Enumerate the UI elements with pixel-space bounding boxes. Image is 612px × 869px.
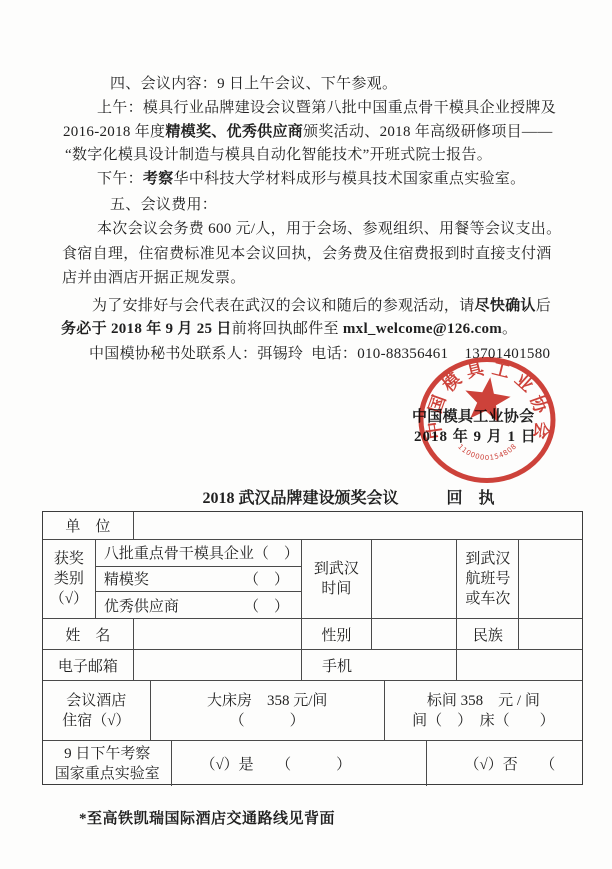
body-line-confirm: 为了安排好与会代表在武汉的会议和随后的参观活动，请尽快确认后 <box>92 297 551 315</box>
row-hotel: 会议酒店 住宿（√） 大床房 358 元/间 （ ） 标间 358 元 / 间 … <box>43 681 582 741</box>
text-run: 。 <box>502 321 517 337</box>
award-item-label: 优秀供应商 <box>104 595 179 616</box>
arrival-time-label: 到武汉 时间 <box>302 540 372 618</box>
seal-number: 1100000154808 <box>456 443 518 462</box>
award-item-supplier: 优秀供应商（ ） <box>96 592 301 618</box>
award-items-cell: 八批重点骨干模具企业（ ） 精模奖（ ） 优秀供应商（ ） <box>96 540 302 618</box>
ethnic-label: 民族 <box>457 619 519 649</box>
reply-form-title-left: 2018 武汉品牌建设颁奖会议 <box>202 490 398 507</box>
award-item-checkbox: （ ） <box>254 542 299 563</box>
footnote: *至高铁凯瑞国际酒店交通路线见背面 <box>79 807 335 828</box>
award-item-checkbox: （ ） <box>244 568 289 589</box>
body-line-digital: “数字化模具设计制造与模具自动化智能技术”开班式院士报告。 <box>65 146 492 164</box>
hotel-twin-checkbox: 间（ ） 床（ ） <box>412 711 555 731</box>
official-seal: 中国模具工业协会 1100000154808 <box>413 354 561 490</box>
body-line-morning: 上午：模具行业品牌建设会议暨第八批中国重点骨干模具企业授牌及 <box>97 99 556 117</box>
text-run: 前将回执邮件至 <box>232 321 343 337</box>
flight-label-line: 或车次 <box>465 589 510 609</box>
scanned-document-page: 四、会议内容：9 日上午会议、下午参观。 上午：模具行业品牌建设会议暨第八批中国… <box>0 0 612 869</box>
unit-label: 单 位 <box>43 512 134 539</box>
svg-text:1100000154808: 1100000154808 <box>456 443 518 462</box>
text-run: 后 <box>536 298 551 314</box>
text-run-bold: 务必于 2018 年 9 月 25 日 <box>61 321 232 337</box>
email-input-cell <box>134 650 302 680</box>
hotel-twin-cell: 标间 358 元 / 间 间（ ） 床（ ） <box>385 681 582 740</box>
body-line-fee-1: 本次会议会务费 600 元/人，用于会场、参观组织、用餐等会议支出。 <box>97 220 561 238</box>
seal-star-icon <box>465 377 510 422</box>
visit-yes-cell: （√）是 （ ） <box>172 741 426 786</box>
body-line-meeting-content: 四、会议内容：9 日上午会议、下午参观。 <box>110 75 397 93</box>
text-run: 食宿自理，住宿费标准见本会议回执，会务费及住宿费报到时直接支付酒 <box>62 246 552 262</box>
award-label-line: （√） <box>50 589 88 609</box>
body-line-fee-heading: 五、会议费用： <box>110 196 217 214</box>
hotel-twin-price: 标间 358 元 / 间 <box>427 691 540 711</box>
hotel-label-line: 住宿（√） <box>62 711 130 731</box>
visit-label: 9 日下午考察 国家重点实验室 <box>43 741 172 786</box>
award-label-line: 类别 <box>54 569 84 589</box>
award-item-label: 八批重点骨干模具企业 <box>104 542 254 563</box>
visit-label-line: 国家重点实验室 <box>55 764 160 784</box>
award-label-line: 获奖 <box>54 549 84 569</box>
text-run-bold: 精模奖、优秀供应商 <box>165 124 303 140</box>
gender-input-cell <box>372 619 458 649</box>
row-name: 姓 名 性别 民族 <box>43 619 582 650</box>
body-line-deadline: 务必于 2018 年 9 月 25 日前将回执邮件至 mxl_welcome@1… <box>61 320 517 338</box>
text-run-bold: 考察 <box>143 171 174 187</box>
visit-label-line: 9 日下午考察 <box>64 744 150 764</box>
name-label: 姓 名 <box>43 619 134 649</box>
hotel-label: 会议酒店 住宿（√） <box>43 681 151 740</box>
text-run: 2016-2018 年度 <box>63 124 165 140</box>
text-run: 颁奖活动、2018 年高级研修项目—— <box>303 124 552 140</box>
text-run: “数字化模具设计制造与模具自动化智能技术”开班式院士报告。 <box>65 147 492 163</box>
flight-label-line: 航班号 <box>465 569 510 589</box>
row-unit: 单 位 <box>43 512 582 540</box>
text-run: 本次会议会务费 600 元/人，用于会场、参观组织、用餐等会议支出。 <box>97 221 561 237</box>
text-run: 五、会议费用： <box>110 197 217 213</box>
flight-label-line: 到武汉 <box>465 549 510 569</box>
reply-form-title: 2018 武汉品牌建设颁奖会议回 执 <box>42 485 583 508</box>
body-line-awards: 2016-2018 年度精模奖、优秀供应商颁奖活动、2018 年高级研修项目—— <box>63 123 553 141</box>
visit-no-cell: （√）否 （ ） <box>427 741 583 786</box>
body-line-fee-2: 食宿自理，住宿费标准见本会议回执，会务费及住宿费报到时直接支付酒 <box>62 245 552 263</box>
mobile-label: 手机 <box>302 650 457 680</box>
flight-input-cell <box>519 540 582 618</box>
award-items-stack: 八批重点骨干模具企业（ ） 精模奖（ ） 优秀供应商（ ） <box>96 540 301 618</box>
award-item-label: 精模奖 <box>104 568 149 589</box>
text-run-bold: 尽快确认 <box>475 298 536 314</box>
gender-label: 性别 <box>302 619 372 649</box>
reply-form-title-right: 回 执 <box>447 490 495 507</box>
text-run: 上午：模具行业品牌建设会议暨第八批中国重点骨干模具企业授牌及 <box>97 100 556 116</box>
row-visit: 9 日下午考察 国家重点实验室 （√）是 （ ） （√）否 （ ） <box>43 741 582 786</box>
flight-label: 到武汉 航班号 或车次 <box>457 540 519 618</box>
body-line-fee-3: 店并由酒店开据正规发票。 <box>62 269 246 287</box>
text-run: 下午： <box>97 171 143 187</box>
text-run: 店并由酒店开据正规发票。 <box>62 270 246 286</box>
ethnic-input-cell <box>519 619 582 649</box>
email-label: 电子邮箱 <box>43 650 134 680</box>
award-item-precision: 精模奖（ ） <box>96 567 301 593</box>
row-award: 获奖 类别 （√） 八批重点骨干模具企业（ ） 精模奖（ ） 优秀供应商（ ） … <box>43 540 582 619</box>
award-item-backbone: 八批重点骨干模具企业（ ） <box>96 540 301 567</box>
body-line-afternoon: 下午：考察华中科技大学材料成形与模具技术国家重点实验室。 <box>97 170 525 188</box>
award-category-label: 获奖 类别 （√） <box>43 540 96 618</box>
hotel-king-cell: 大床房 358 元/间 （ ） <box>151 681 385 740</box>
email-text: mxl_welcome@126.com <box>343 321 502 337</box>
award-item-checkbox: （ ） <box>244 595 289 616</box>
hotel-king-checkbox: （ ） <box>230 711 305 731</box>
name-input-cell <box>134 619 302 649</box>
text-run: 华中科技大学材料成形与模具技术国家重点实验室。 <box>174 171 526 187</box>
reply-form-table: 单 位 获奖 类别 （√） 八批重点骨干模具企业（ ） 精模奖（ ） 优秀供应商… <box>42 511 583 785</box>
text-run: 为了安排好与会代表在武汉的会议和随后的参观活动，请 <box>92 298 475 314</box>
row-email: 电子邮箱 手机 <box>43 650 582 681</box>
unit-input-cell <box>134 512 582 539</box>
hotel-king-price: 大床房 358 元/间 <box>207 691 327 711</box>
hotel-label-line: 会议酒店 <box>66 691 126 711</box>
text-run: 四、会议内容：9 日上午会议、下午参观。 <box>110 76 397 92</box>
arrival-time-line: 到武汉 <box>314 559 359 579</box>
mobile-input-cell <box>457 650 582 680</box>
arrival-time-input-cell <box>372 540 458 618</box>
arrival-time-line: 时间 <box>321 579 351 599</box>
